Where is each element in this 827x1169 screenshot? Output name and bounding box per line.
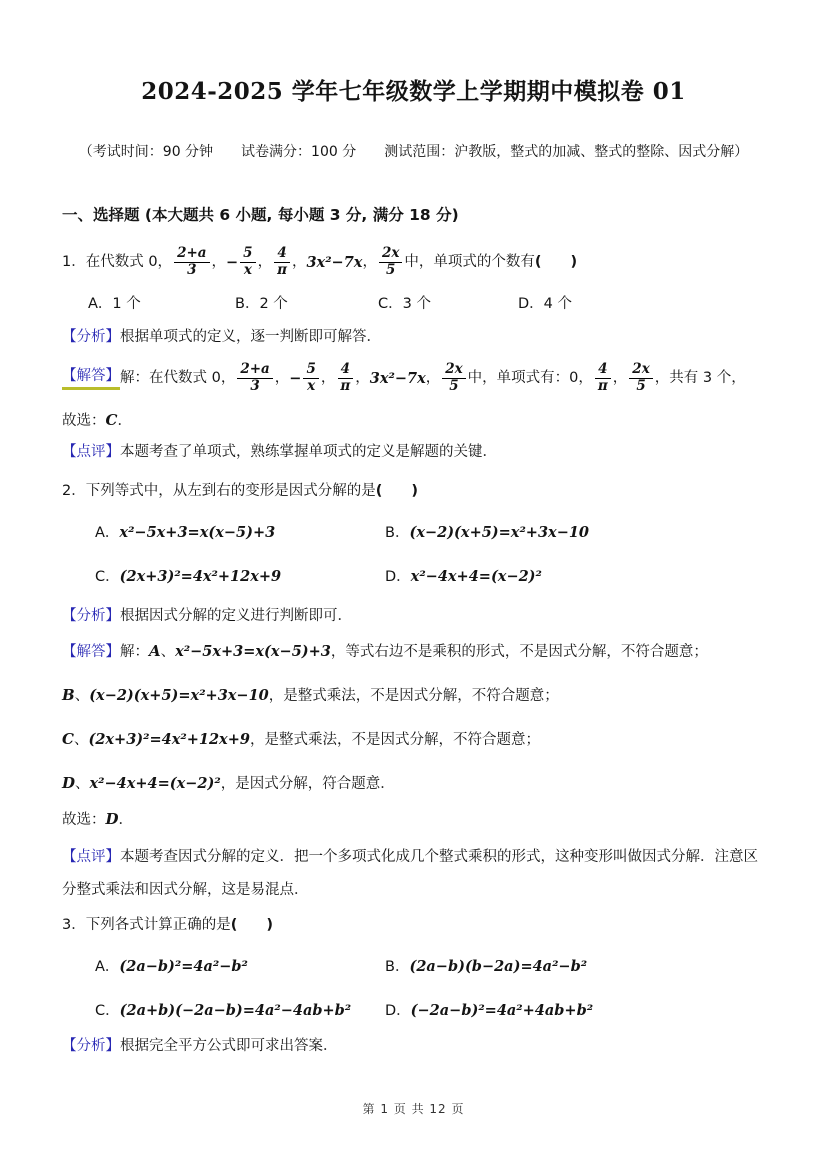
- q2-option-c: C．(2x+3)²=4x²+12x+9: [95, 566, 385, 588]
- fraction: 2x5: [442, 362, 465, 394]
- step-text: ，等式右边不是乘积的形式，不是因式分解，不符合题意；: [331, 644, 708, 660]
- choice-letter: D: [106, 810, 119, 828]
- fraction: 2+a3: [174, 246, 209, 278]
- separator: ，: [212, 252, 227, 273]
- q1-comment: 【点评】本题考查了单项式，熟练掌握单项式的定义是解题的关键．: [62, 442, 765, 463]
- analysis-text: 根据完全平方公式即可求出答案．: [120, 1038, 338, 1054]
- comment-text: 本题考查了单项式，熟练掌握单项式的定义是解题的关键．: [120, 444, 497, 460]
- analysis-label: 【分析】: [62, 329, 120, 345]
- question-3-stem: 3．下列各式计算正确的是( ): [62, 915, 765, 936]
- answer-label: 【解答】: [62, 644, 120, 660]
- q1-option-a: A．1 个: [88, 294, 235, 315]
- q2-stem-text: 2．下列等式中，从左到右的变形是因式分解的是: [62, 483, 376, 499]
- step-formula: (2x+3)²=4x²+12x+9: [88, 731, 250, 748]
- polynomial: 3x²−7x: [370, 368, 426, 389]
- step-letter: A: [149, 642, 161, 660]
- separator: ，: [275, 368, 290, 389]
- exam-document-page: 2024-2025 学年七年级数学上学期期中模拟卷 01 （考试时间：90 分钟…: [0, 0, 827, 1169]
- choice-letter: C: [106, 411, 118, 429]
- q2-answer-step-a: 【解答】解：A、x²−5x+3=x(x−5)+3，等式右边不是乘积的形式，不是因…: [62, 641, 765, 663]
- separator: 、: [75, 688, 90, 704]
- q3-option-c: C．(2a+b)(−2a−b)=4a²−4ab+b²: [95, 1000, 385, 1022]
- step-text: ，是整式乘法，不是因式分解，不符合题意；: [250, 732, 540, 748]
- q1-option-b: B．2 个: [235, 294, 378, 315]
- analysis-label: 【分析】: [62, 608, 120, 624]
- analysis-label: 【分析】: [62, 1038, 120, 1054]
- answer-blank: ( ): [376, 483, 418, 499]
- step-letter: C: [62, 730, 74, 748]
- q1-stem-prefix: 1．在代数式 0，: [62, 252, 172, 273]
- answer-intro: 解：: [120, 644, 149, 660]
- separator: 、: [75, 776, 90, 792]
- q1-choice: 故选：C．: [62, 410, 765, 432]
- q2-analysis: 【分析】根据因式分解的定义进行判断即可．: [62, 606, 765, 627]
- section-1-heading: 一、选择题 (本大题共 6 小题, 每小题 3 分, 满分 18 分): [62, 204, 765, 226]
- analysis-text: 根据单项式的定义，逐一判断即可解答．: [120, 329, 381, 345]
- separator: ，: [321, 368, 336, 389]
- separator: ，: [258, 252, 273, 273]
- polynomial: 3x²−7x: [306, 252, 362, 273]
- step-letter: B: [62, 686, 75, 704]
- fraction: 2+a3: [237, 362, 272, 394]
- fraction: 4π: [274, 246, 290, 278]
- fraction: 2x5: [629, 362, 652, 394]
- separator: ，: [292, 252, 307, 273]
- answer-label: 【解答】: [62, 366, 120, 390]
- q1-answer-mid: 中，单项式有：0，: [468, 368, 593, 389]
- step-letter: D: [62, 774, 75, 792]
- q1-option-c: C．3 个: [378, 294, 518, 315]
- answer-blank: ( ): [231, 917, 273, 933]
- q1-answer-suffix: ，共有 3 个，: [655, 368, 746, 389]
- comment-label: 【点评】: [62, 849, 120, 865]
- q1-stem-suffix: 中，单项式的个数有: [404, 252, 535, 273]
- question-2-stem: 2．下列等式中，从左到右的变形是因式分解的是( ): [62, 481, 765, 502]
- separator: 、: [161, 644, 176, 660]
- q2-option-b: B．(x−2)(x+5)=x²+3x−10: [385, 522, 765, 544]
- fraction: 5x: [240, 246, 255, 278]
- q2-option-a: A．x²−5x+3=x(x−5)+3: [95, 522, 385, 544]
- q3-analysis: 【分析】根据完全平方公式即可求出答案．: [62, 1036, 765, 1057]
- fraction: 2x5: [379, 246, 402, 278]
- question-3-options-row-2: C．(2a+b)(−2a−b)=4a²−4ab+b² D．(−2a−b)²=4a…: [62, 1000, 765, 1022]
- q2-answer-step-c: C、(2x+3)²=4x²+12x+9，是整式乘法，不是因式分解，不符合题意；: [62, 729, 765, 751]
- q1-option-d: D．4 个: [518, 294, 765, 315]
- q3-option-d: D．(−2a−b)²=4a²+4ab+b²: [385, 1000, 765, 1022]
- comment-label: 【点评】: [62, 444, 120, 460]
- question-1-options: A．1 个 B．2 个 C．3 个 D．4 个: [62, 294, 765, 315]
- step-formula: x²−5x+3=x(x−5)+3: [175, 643, 331, 660]
- step-text: ，是因式分解，符合题意．: [221, 776, 395, 792]
- q1-answer: 【解答】 解：在代数式 0， 2+a3 ， − 5x ， 4π ， 3x²−7x…: [62, 356, 765, 400]
- q3-stem-text: 3．下列各式计算正确的是: [62, 917, 231, 933]
- step-formula: (x−2)(x+5)=x²+3x−10: [89, 687, 269, 704]
- exam-info-line: （考试时间：90 分钟 试卷满分：100 分 测试范围：沪教版，整式的加减、整式…: [62, 142, 765, 162]
- q1-analysis: 【分析】根据单项式的定义，逐一判断即可解答．: [62, 327, 765, 348]
- question-1-stem: 1．在代数式 0， 2+a3 ， − 5x ， 4π ， 3x²−7x ， 2x…: [62, 240, 765, 284]
- q2-comment: 【点评】本题考查因式分解的定义．把一个多项式化成几个整式乘积的形式，这种变形叫做…: [62, 841, 765, 907]
- q3-option-a: A．(2a−b)²=4a²−b²: [95, 956, 385, 978]
- step-formula: x²−4x+4=(x−2)²: [90, 775, 221, 792]
- question-2-options-row-1: A．x²−5x+3=x(x−5)+3 B．(x−2)(x+5)=x²+3x−10: [62, 522, 765, 544]
- separator: ，: [613, 368, 628, 389]
- separator: 、: [74, 732, 89, 748]
- separator: ，: [355, 368, 370, 389]
- choice-prefix: 故选：: [62, 812, 106, 828]
- answer-blank: ( ): [535, 252, 577, 273]
- question-2-options-row-2: C．(2x+3)²=4x²+12x+9 D．x²−4x+4=(x−2)²: [62, 566, 765, 588]
- q2-choice: 故选：D．: [62, 809, 765, 831]
- minus-sign: −: [226, 252, 238, 273]
- fraction: 4π: [595, 362, 611, 394]
- fraction: 5x: [303, 362, 318, 394]
- separator: ，: [426, 368, 441, 389]
- q2-answer-step-d: D、x²−4x+4=(x−2)²，是因式分解，符合题意．: [62, 773, 765, 795]
- minus-sign: −: [289, 368, 301, 389]
- question-3-options-row-1: A．(2a−b)²=4a²−b² B．(2a−b)(b−2a)=4a²−b²: [62, 956, 765, 978]
- q1-answer-prefix: 解：在代数式 0，: [120, 368, 235, 389]
- q3-option-b: B．(2a−b)(b−2a)=4a²−b²: [385, 956, 765, 978]
- choice-prefix: 故选：: [62, 413, 106, 429]
- step-text: ，是整式乘法，不是因式分解，不符合题意；: [269, 688, 559, 704]
- q2-option-d: D．x²−4x+4=(x−2)²: [385, 566, 765, 588]
- analysis-text: 根据因式分解的定义进行判断即可．: [120, 608, 352, 624]
- page-title: 2024-2025 学年七年级数学上学期期中模拟卷 01: [62, 76, 765, 108]
- comment-text: 本题考查因式分解的定义．把一个多项式化成几个整式乘积的形式，这种变形叫做因式分解…: [62, 849, 758, 898]
- separator: ，: [362, 252, 377, 273]
- choice-period: ．: [117, 413, 132, 429]
- fraction: 4π: [337, 362, 353, 394]
- q2-answer-step-b: B、(x−2)(x+5)=x²+3x−10，是整式乘法，不是因式分解，不符合题意…: [62, 685, 765, 707]
- page-number-footer: 第 1 页 共 12 页: [0, 1100, 827, 1117]
- choice-period: ．: [119, 812, 134, 828]
